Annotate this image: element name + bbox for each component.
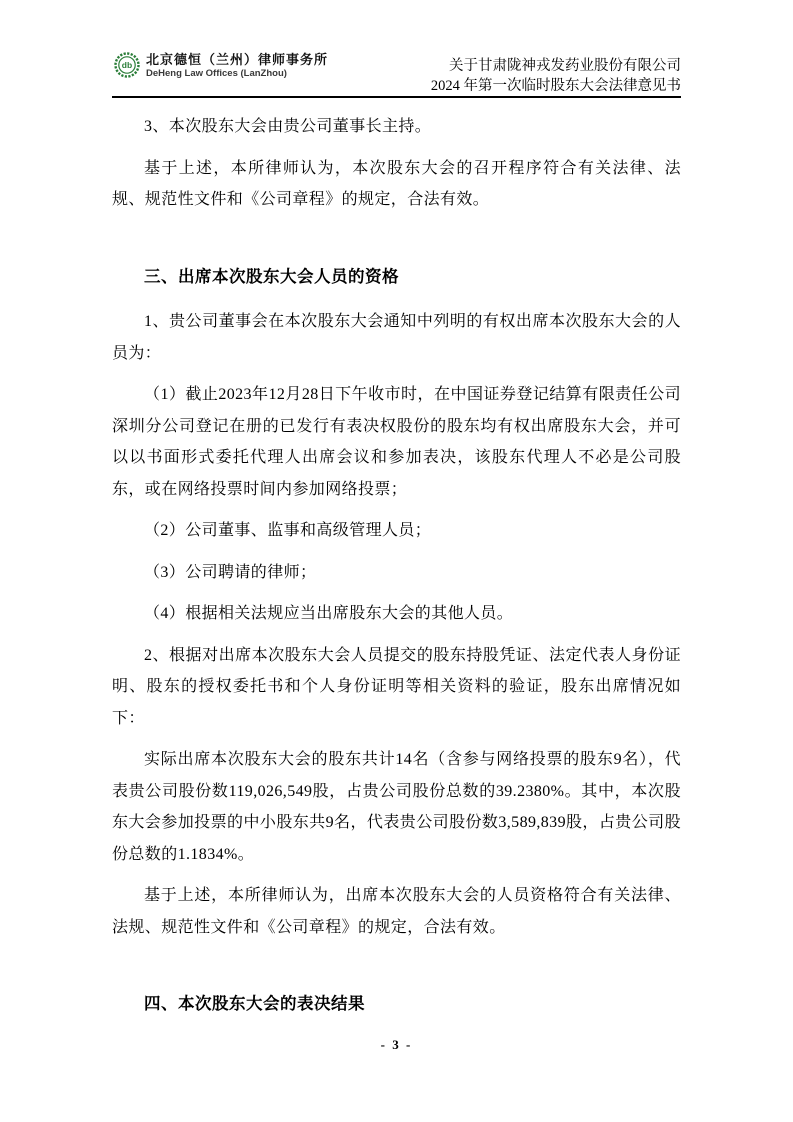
section-heading-4: 四、本次股东大会的表决结果 <box>112 989 681 1021</box>
firm-name-english: DeHeng Law Offices (LanZhou) <box>146 68 328 80</box>
document-title-line2: 2024 年第一次临时股东大会法律意见书 <box>431 76 681 96</box>
document-title: 关于甘肃陇神戎发药业股份有限公司 2024 年第一次临时股东大会法律意见书 <box>431 56 681 96</box>
paragraph-9: 实际出席本次股东大会的股东共计14名（含参与网络投票的股东9名），代表贵公司股份… <box>112 744 681 870</box>
paragraph-2: 基于上述，本所律师认为，本次股东大会的召开程序符合有关法律、法规、规范性文件和《… <box>112 153 681 216</box>
page-header: db 北京德恒（兰州）律师事务所 DeHeng Law Offices (Lan… <box>112 0 681 98</box>
firm-names: 北京德恒（兰州）律师事务所 DeHeng Law Offices (LanZho… <box>146 52 328 80</box>
paragraph-7: （4）根据相关法规应当出席股东大会的其他人员。 <box>112 598 681 630</box>
document-body: 3、本次股东大会由贵公司董事长主持。 基于上述，本所律师认为，本次股东大会的召开… <box>112 98 681 1034</box>
paragraph-5: （2）公司董事、监事和高级管理人员； <box>112 515 681 547</box>
paragraph-4: （1）截止2023年12月28日下午收市时，在中国证券登记结算有限责任公司深圳分… <box>112 379 681 505</box>
law-firm-block: db 北京德恒（兰州）律师事务所 DeHeng Law Offices (Lan… <box>114 52 328 80</box>
document-page: db 北京德恒（兰州）律师事务所 DeHeng Law Offices (Lan… <box>0 0 793 1122</box>
page-number: - 3 - <box>381 1037 413 1052</box>
section-heading-3: 三、出席本次股东大会人员的资格 <box>112 262 681 294</box>
firm-name-chinese: 北京德恒（兰州）律师事务所 <box>146 52 328 68</box>
svg-text:db: db <box>122 60 132 70</box>
deheng-seal-icon: db <box>114 52 140 78</box>
paragraph-6: （3）公司聘请的律师； <box>112 557 681 589</box>
paragraph-10: 基于上述，本所律师认为，出席本次股东大会的人员资格符合有关法律、法规、规范性文件… <box>112 880 681 943</box>
paragraph-1: 3、本次股东大会由贵公司董事长主持。 <box>112 111 681 143</box>
paragraph-8: 2、根据对出席本次股东大会人员提交的股东持股凭证、法定代表人身份证明、股东的授权… <box>112 640 681 735</box>
paragraph-3: 1、贵公司董事会在本次股东大会通知中列明的有权出席本次股东大会的人员为： <box>112 306 681 369</box>
page-footer: - 3 - <box>0 1037 793 1053</box>
document-title-line1: 关于甘肃陇神戎发药业股份有限公司 <box>431 56 681 76</box>
